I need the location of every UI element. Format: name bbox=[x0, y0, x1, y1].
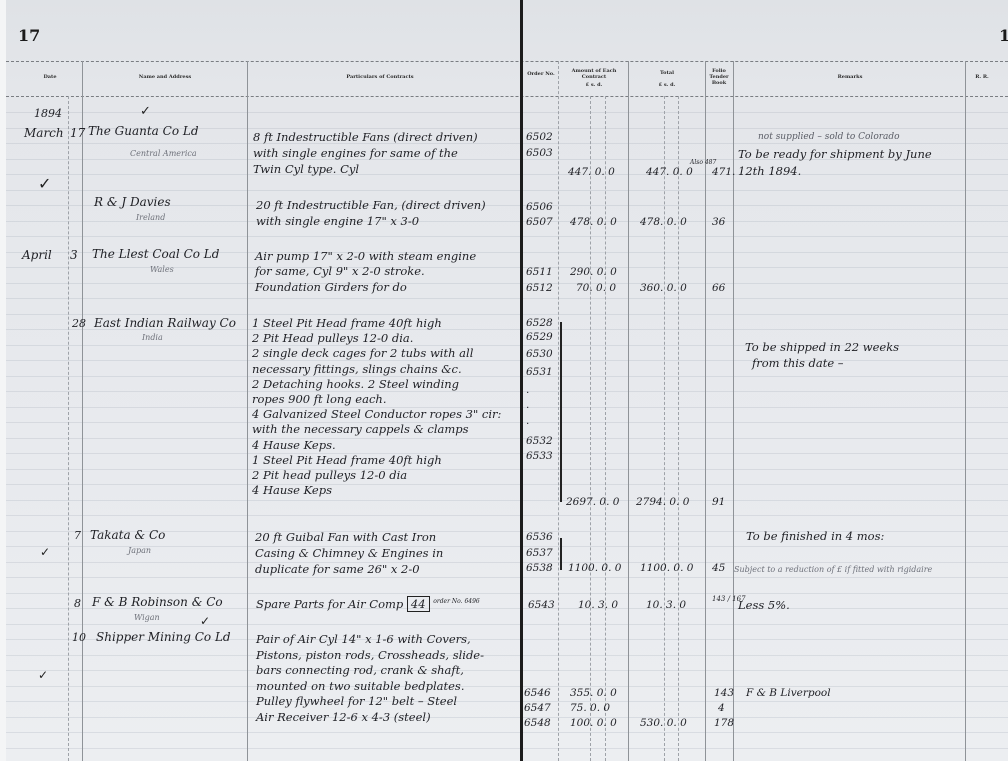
header-bottom-rule bbox=[6, 96, 1008, 97]
order-no: 6528 bbox=[526, 318, 553, 329]
ruled-line bbox=[6, 360, 1008, 361]
particulars-line: necessary fittings, slings chains &c. bbox=[252, 364, 462, 376]
ruled-line bbox=[6, 655, 1008, 656]
ruled-line bbox=[6, 670, 1008, 671]
total: 10. 3. 0 bbox=[646, 600, 686, 611]
particulars-line: Twin Cyl type. Cyl bbox=[253, 164, 359, 176]
order-no: 6502 bbox=[526, 132, 553, 143]
amount: 70. 0. 0 bbox=[576, 283, 616, 294]
remark: Less 5%. bbox=[738, 600, 790, 612]
particulars-line: 20 ft Indestructible Fan, (direct driven… bbox=[256, 200, 486, 212]
col-rule-total-s bbox=[664, 96, 665, 761]
col-rule-day bbox=[68, 96, 69, 761]
order-no: 6548 bbox=[524, 718, 551, 729]
particulars-line: ropes 900 ft long each. bbox=[252, 394, 386, 406]
col-rule-name bbox=[247, 61, 248, 761]
reference-box: 44 bbox=[407, 596, 430, 612]
remark: from this date – bbox=[752, 358, 844, 370]
entry-address: Wigan bbox=[134, 614, 160, 622]
order-no: 6531 bbox=[526, 367, 553, 378]
entry-address: Ireland bbox=[136, 214, 165, 222]
ruled-line bbox=[6, 143, 1008, 144]
ruled-line bbox=[6, 190, 1008, 191]
particulars-line: Pair of Air Cyl 14" x 1-6 with Covers, bbox=[256, 634, 471, 646]
ruled-line bbox=[6, 283, 1008, 284]
header-rr: R. R. bbox=[967, 74, 997, 80]
ruled-line bbox=[6, 701, 1008, 702]
amount: 10. 3. 0 bbox=[578, 600, 618, 611]
entry-name: F & B Robinson & Co bbox=[92, 596, 223, 608]
ruled-line bbox=[6, 112, 1008, 113]
check-mark-icon: ✓ bbox=[200, 614, 210, 628]
ruled-line bbox=[6, 376, 1008, 377]
col-rule-order bbox=[558, 61, 559, 761]
particulars-line: for same, Cyl 9" x 2-0 stroke. bbox=[255, 266, 425, 278]
amount: 75. 0. 0 bbox=[570, 703, 610, 714]
col-rule-amount bbox=[628, 61, 629, 761]
entry-day: 7 bbox=[74, 530, 81, 541]
total: 530. 0. 0 bbox=[640, 718, 687, 729]
total: 1100. 0. 0 bbox=[640, 563, 693, 574]
folio: 178 bbox=[714, 718, 734, 729]
particulars-text: Spare Parts for Air Comp bbox=[256, 597, 403, 611]
order-no: 6533 bbox=[526, 451, 553, 462]
particulars-line: with single engines for same of the bbox=[253, 148, 458, 160]
order-no: 6547 bbox=[524, 703, 551, 714]
ruled-line bbox=[6, 484, 1008, 485]
particulars-line: mounted on two suitable bedplates. bbox=[256, 681, 465, 693]
ruled-line bbox=[6, 407, 1008, 408]
particulars-line: 2 Detaching hooks. 2 Steel winding bbox=[252, 379, 459, 391]
order-no: 6529 bbox=[526, 332, 553, 343]
order-no: 6506 bbox=[526, 202, 553, 213]
entry-address: Japan bbox=[128, 547, 151, 555]
particulars-line: with single engine 17" x 3-0 bbox=[256, 216, 419, 228]
order-no: 6546 bbox=[524, 688, 551, 699]
particulars-line: Casing & Chimney & Engines in bbox=[255, 548, 443, 560]
header-name-address: Name and Address bbox=[110, 74, 220, 80]
total: 447. 0. 0 bbox=[646, 167, 693, 178]
order-no: 6537 bbox=[526, 548, 553, 559]
particulars-line: 2 Pit head pulleys 12-0 dia bbox=[252, 470, 407, 482]
order-no: 6512 bbox=[526, 283, 553, 294]
total: 478. 0. 0 bbox=[640, 217, 687, 228]
amount: 1100. 0. 0 bbox=[568, 563, 621, 574]
amount: 100. 0. 0 bbox=[570, 718, 617, 729]
ruled-line bbox=[6, 624, 1008, 625]
folio: 45 bbox=[712, 563, 725, 574]
folio: 143 bbox=[714, 688, 734, 699]
remark: not supplied – sold to Colorado bbox=[758, 133, 900, 142]
header-total-lsd: £ s. d. bbox=[632, 82, 702, 88]
order-no: 6543 bbox=[528, 600, 555, 611]
particulars-line: Foundation Girders for do bbox=[255, 282, 407, 294]
ruled-line bbox=[6, 391, 1008, 392]
particulars-line: Pulley flywheel for 12" belt – Steel bbox=[256, 696, 457, 708]
order-no: . bbox=[526, 416, 529, 427]
ruled-line bbox=[6, 748, 1008, 749]
particulars-line: 1 Steel Pit Head frame 40ft high bbox=[252, 455, 442, 467]
header-order-no: Order No. bbox=[526, 71, 556, 77]
order-no: 6511 bbox=[526, 267, 553, 278]
header-top-rule bbox=[6, 61, 1008, 62]
col-rule-date bbox=[82, 61, 83, 761]
remark: 12th 1894. bbox=[738, 166, 801, 178]
ruled-line bbox=[6, 732, 1008, 733]
header-date: Date bbox=[20, 74, 80, 80]
order-no: 6530 bbox=[526, 349, 553, 360]
particulars-line: 4 Hause Keps bbox=[252, 485, 332, 497]
order-no: 6536 bbox=[526, 532, 553, 543]
page-number-left: 17 bbox=[18, 26, 40, 45]
entry-name: The Guanta Co Ld bbox=[88, 125, 199, 137]
folio: 4 bbox=[718, 703, 725, 714]
header-remarks: Remarks bbox=[800, 74, 900, 80]
order-no: 6503 bbox=[526, 148, 553, 159]
book-binding-line bbox=[520, 0, 523, 761]
header-amount-lsd: £ s. d. bbox=[562, 82, 626, 88]
year: 1894 bbox=[34, 108, 62, 119]
reference-note: order No. 6496 bbox=[433, 598, 480, 605]
entry-name: East Indian Railway Co bbox=[94, 317, 236, 329]
remark: To be finished in 4 mos: bbox=[746, 531, 884, 543]
ruled-line bbox=[6, 515, 1008, 516]
order-bracket bbox=[560, 322, 562, 502]
ruled-line bbox=[6, 593, 1008, 594]
header-amount: Amount of Each Contract bbox=[562, 68, 626, 80]
ruled-line bbox=[6, 453, 1008, 454]
header-folio: Folio Tender Book bbox=[707, 68, 731, 86]
entry-day: 10 bbox=[72, 632, 86, 643]
particulars-line: Pistons, piston rods, Crossheads, slide- bbox=[256, 650, 484, 662]
total: 2794. 0. 0 bbox=[636, 497, 689, 508]
check-mark-icon: ✓ bbox=[140, 104, 151, 119]
remark: F & B Liverpool bbox=[746, 688, 831, 699]
folio: 66 bbox=[712, 283, 725, 294]
amount: 2697. 0. 0 bbox=[566, 497, 619, 508]
particulars-line: 8 ft Indestructible Fans (direct driven) bbox=[253, 132, 478, 144]
ruled-line bbox=[6, 174, 1008, 175]
particulars-line: 4 Hause Keps. bbox=[252, 440, 336, 452]
entry-name: The Llest Coal Co Ld bbox=[92, 248, 219, 260]
remark: To be shipped in 22 weeks bbox=[745, 342, 899, 354]
ruled-line bbox=[6, 686, 1008, 687]
ruled-line bbox=[6, 500, 1008, 501]
folio: 91 bbox=[712, 497, 725, 508]
ruled-line bbox=[6, 438, 1008, 439]
ruled-line bbox=[6, 562, 1008, 563]
particulars-line: bars connecting rod, crank & shaft, bbox=[256, 665, 464, 677]
col-rule-total bbox=[705, 61, 706, 761]
ruled-line bbox=[6, 469, 1008, 470]
particulars-line: Air pump 17" x 2-0 with steam engine bbox=[255, 251, 476, 263]
entry-address: Central America bbox=[130, 150, 197, 158]
ruled-line bbox=[6, 577, 1008, 578]
page-number-right: 1 bbox=[999, 26, 1008, 45]
remark: To be ready for shipment by June bbox=[738, 149, 932, 161]
total: 360. 0. 0 bbox=[640, 283, 687, 294]
order-no: 6507 bbox=[526, 217, 553, 228]
folio: 471. bbox=[712, 167, 735, 178]
entry-day: 28 bbox=[72, 318, 86, 329]
particulars-line: 2 Pit Head pulleys 12-0 dia. bbox=[252, 333, 413, 345]
order-no: 6532 bbox=[526, 436, 553, 447]
ruled-line bbox=[6, 236, 1008, 237]
entry-name: Shipper Mining Co Ld bbox=[96, 631, 231, 643]
header-total: Total bbox=[632, 70, 702, 76]
check-mark-icon: ✓ bbox=[38, 174, 51, 193]
entry-month: April bbox=[22, 249, 52, 261]
remark: Subject to a reduction of £ if fitted wi… bbox=[734, 566, 932, 574]
particulars-line: 4 Galvanized Steel Conductor ropes 3" ci… bbox=[252, 409, 501, 421]
order-bracket bbox=[560, 538, 562, 570]
particulars-line: Spare Parts for Air Comp 44 order No. 64… bbox=[256, 599, 480, 611]
col-rule-remarks bbox=[965, 61, 966, 761]
entry-day: 3 bbox=[70, 249, 78, 261]
entry-month: March bbox=[24, 127, 64, 139]
particulars-line: with the necessary cappels & clamps bbox=[252, 424, 469, 436]
particulars-line: 1 Steel Pit Head frame 40ft high bbox=[252, 318, 442, 330]
particulars-line: 2 single deck cages for 2 tubs with all bbox=[252, 348, 473, 360]
entry-day: 17 bbox=[70, 127, 85, 139]
amount: 447. 0. 0 bbox=[568, 167, 615, 178]
col-rule-amount-d bbox=[605, 96, 606, 761]
ruled-line bbox=[6, 546, 1008, 547]
entry-name: Takata & Co bbox=[90, 529, 165, 541]
order-no: 6538 bbox=[526, 563, 553, 574]
entry-address: Wales bbox=[150, 266, 174, 274]
ruled-line bbox=[6, 314, 1008, 315]
ruled-line bbox=[6, 422, 1008, 423]
check-mark-icon: ✓ bbox=[38, 668, 48, 682]
ruled-line bbox=[6, 717, 1008, 718]
amount: 355. 0. 0 bbox=[570, 688, 617, 699]
entry-address: India bbox=[142, 334, 163, 342]
entry-name: R & J Davies bbox=[94, 196, 171, 208]
col-rule-amount-s bbox=[590, 96, 591, 761]
col-rule-total-d bbox=[678, 96, 679, 761]
amount: 290. 0. 0 bbox=[570, 267, 617, 278]
entry-day: 8 bbox=[74, 598, 81, 609]
particulars-line: Air Receiver 12-6 x 4-3 (steel) bbox=[256, 712, 431, 724]
amount: 478. 0. 0 bbox=[570, 217, 617, 228]
header-particulars: Particulars of Contracts bbox=[300, 74, 460, 80]
particulars-line: 20 ft Guibal Fan with Cast Iron bbox=[255, 532, 436, 544]
ledger-page bbox=[6, 0, 1008, 761]
ruled-line bbox=[6, 298, 1008, 299]
check-mark-icon: ✓ bbox=[40, 545, 50, 559]
order-no: . bbox=[526, 385, 529, 396]
particulars-line: duplicate for same 26" x 2-0 bbox=[255, 564, 420, 576]
order-no: . bbox=[526, 400, 529, 411]
folio: 36 bbox=[712, 217, 725, 228]
